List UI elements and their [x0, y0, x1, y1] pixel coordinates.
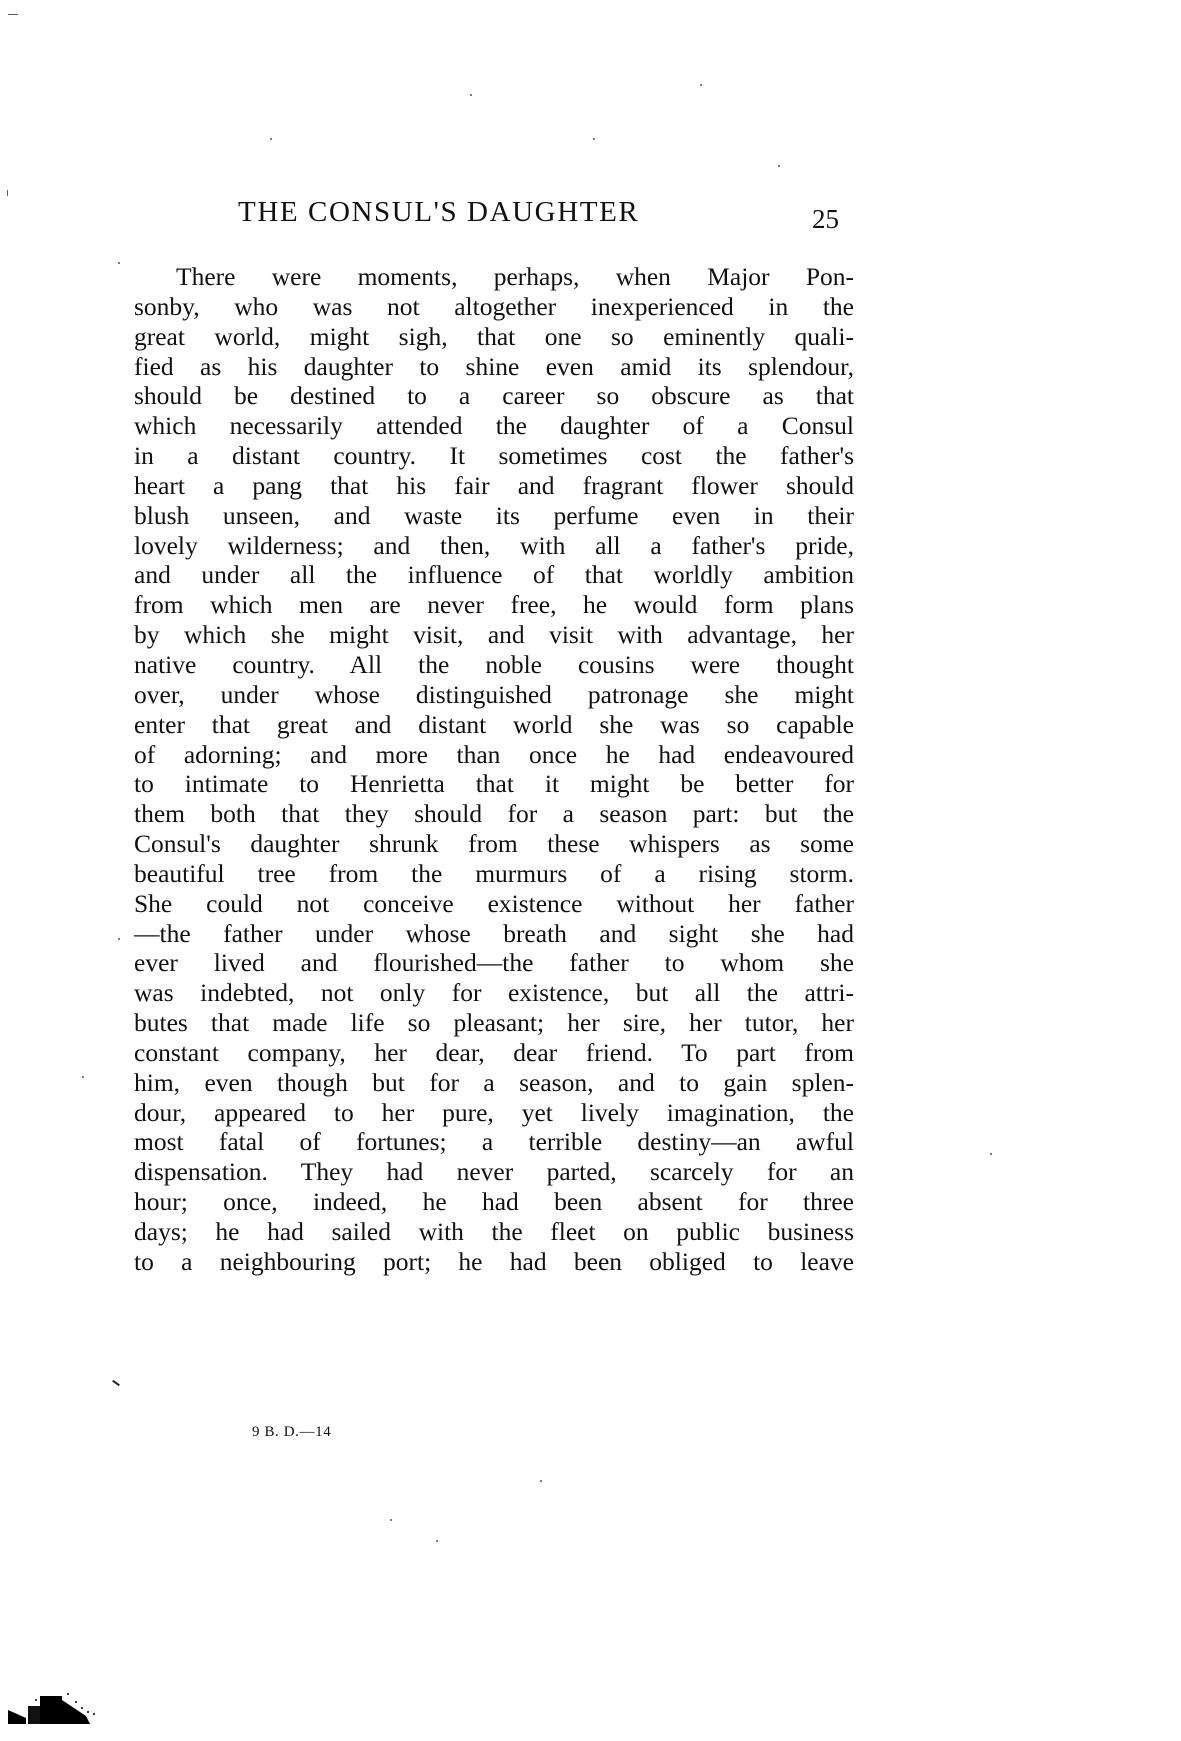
- text-line: over, under whose distinguished patronag…: [134, 680, 854, 710]
- scan-speck: [82, 1076, 84, 1078]
- text-line: Consul's daughter shrunk from these whis…: [134, 829, 854, 859]
- text-line: was indebted, not only for existence, bu…: [134, 978, 854, 1008]
- scan-speck: [8, 14, 18, 15]
- text-line: most fatal of fortunes; a terrible desti…: [134, 1127, 854, 1157]
- scan-speck: [436, 1540, 438, 1542]
- scan-speck: [270, 138, 272, 140]
- scan-speck: [470, 94, 472, 96]
- text-line: ever lived and flourished—the father to …: [134, 948, 854, 978]
- page-number: 25: [812, 204, 839, 235]
- text-line: which necessarily attended the daughter …: [134, 411, 854, 441]
- text-line: beautiful tree from the murmurs of a ris…: [134, 859, 854, 889]
- body-paragraph: There were moments, perhaps, when Major …: [134, 262, 854, 1277]
- text-line: from which men are never free, he would …: [134, 590, 854, 620]
- scan-smudge: [8, 1688, 98, 1724]
- margin-mark: [112, 1380, 120, 1386]
- text-line: fied as his daughter to shine even amid …: [134, 352, 854, 382]
- scan-speck: [593, 138, 595, 140]
- text-line: lovely wilderness; and then, with all a …: [134, 531, 854, 561]
- scan-speck: [390, 1519, 392, 1521]
- text-line: There were moments, perhaps, when Major …: [134, 262, 854, 292]
- text-line: and under all the influence of that worl…: [134, 560, 854, 590]
- text-line: to intimate to Henrietta that it might b…: [134, 769, 854, 799]
- text-line: dour, appeared to her pure, yet lively i…: [134, 1098, 854, 1128]
- scan-speck: [118, 262, 120, 264]
- text-line: by which she might visit, and visit with…: [134, 620, 854, 650]
- text-line: to a neighbouring port; he had been obli…: [134, 1247, 854, 1277]
- text-line: blush unseen, and waste its perfume even…: [134, 501, 854, 531]
- text-line: sonby, who was not altogether inexperien…: [134, 292, 854, 322]
- scan-speck: [990, 1153, 992, 1155]
- text-line: heart a pang that his fair and fragrant …: [134, 471, 854, 501]
- text-line: in a distant country. It sometimes cost …: [134, 441, 854, 471]
- text-line: dispensation. They had never parted, sca…: [134, 1157, 854, 1187]
- text-line: —the father under whose breath and sight…: [134, 919, 854, 949]
- scan-speck: [540, 1480, 542, 1482]
- text-line: butes that made life so pleasant; her si…: [134, 1008, 854, 1038]
- text-line: She could not conceive existence without…: [134, 889, 854, 919]
- text-line: enter that great and distant world she w…: [134, 710, 854, 740]
- book-page: THE CONSUL'S DAUGHTER 25 There were mome…: [0, 0, 1181, 1741]
- scan-speck: [700, 84, 702, 86]
- text-line: days; he had sailed with the fleet on pu…: [134, 1217, 854, 1247]
- running-title: THE CONSUL'S DAUGHTER: [238, 196, 639, 229]
- text-line: great world, might sigh, that one so emi…: [134, 322, 854, 352]
- scan-speck: [118, 938, 120, 940]
- scan-speck: [7, 190, 8, 196]
- text-line: them both that they should for a season …: [134, 799, 854, 829]
- text-line: should be destined to a career so obscur…: [134, 381, 854, 411]
- scan-speck: [778, 165, 780, 167]
- text-line: hour; once, indeed, he had been absent f…: [134, 1187, 854, 1217]
- text-line: of adorning; and more than once he had e…: [134, 740, 854, 770]
- text-line: native country. All the noble cousins we…: [134, 650, 854, 680]
- printer-signature: 9 B. D.—14: [252, 1424, 331, 1441]
- text-line: constant company, her dear, dear friend.…: [134, 1038, 854, 1068]
- text-line: him, even though but for a season, and t…: [134, 1068, 854, 1098]
